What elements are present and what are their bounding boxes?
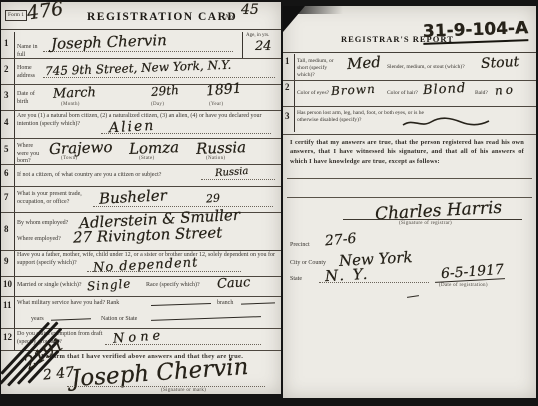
registration-card: Form 1 476 REGISTRATION CARD No. 45 1 Na…	[1, 2, 281, 394]
address-label: Home address	[17, 65, 39, 80]
except-line-1	[287, 178, 532, 179]
row-number: 2	[285, 82, 290, 92]
eyes-answer: Brown	[331, 82, 376, 98]
birthplace-town: Grajewo	[49, 138, 113, 158]
name-answer: Joseph Chervin	[51, 31, 167, 53]
row-number: 3	[4, 90, 9, 100]
row-name: 1 Name in full Joseph Chervin Age, in yr…	[1, 32, 281, 59]
subject-answer: Russia	[215, 166, 249, 179]
row-number: 3	[285, 111, 290, 121]
state-sublabel: (State)	[139, 156, 154, 161]
answer-line	[87, 271, 241, 272]
row-number: 11	[3, 300, 12, 310]
occupation-answer: Busheler	[99, 186, 168, 208]
workplace-answer: 27 Rivington Street	[73, 223, 223, 246]
occupation-extra-scrawl: 29	[206, 192, 221, 206]
build-answer: Stout	[481, 54, 520, 72]
row-subject: 6 If not a citizen, of what country are …	[1, 164, 281, 187]
birth-day: 29th	[151, 83, 180, 99]
bald-answer: no	[495, 82, 517, 97]
birth-month: March	[53, 85, 96, 101]
state-label: State	[290, 276, 302, 284]
answer-line	[201, 179, 275, 180]
row-number: 6	[4, 168, 9, 178]
year-sublabel: (Year)	[209, 102, 223, 107]
subject-label: If not a citizen, of what country are yo…	[17, 172, 197, 180]
workplace-label: Where employed?	[17, 236, 75, 244]
registrar-signature-sublabel: (Signature of registrar)	[399, 221, 452, 226]
form-scrawl: 476	[26, 0, 65, 24]
eyes-label: Color of eyes?	[297, 90, 333, 97]
row-number: 1	[285, 56, 290, 66]
answer-line	[101, 133, 271, 134]
row-dependents: 9 Have you a father, mother, wife, child…	[1, 250, 281, 277]
signature-line	[67, 386, 265, 387]
card-title: REGISTRATION CARD	[87, 11, 237, 23]
precinct-value: 27-6	[324, 231, 357, 250]
signature-sublabel: (Signature or mark)	[161, 388, 206, 393]
date-sublabel: (Date of registration)	[439, 283, 488, 288]
hair-answer: Blond	[423, 81, 467, 98]
row-birthdate: 3 Date of birth March (Month) 29th (Day)…	[1, 84, 281, 111]
nation-state-label: Nation or State	[101, 316, 137, 324]
city-county-label: City or County	[290, 260, 326, 268]
state-line	[319, 282, 429, 283]
row-number: 5	[4, 144, 9, 154]
row-number: 7	[4, 192, 9, 202]
report-row-features: 2 Color of eyes? Brown Color of hair? Bl…	[283, 80, 536, 107]
birthplace-state: Lomza	[129, 138, 180, 158]
report-serial-number: 31-9-104-A	[423, 18, 529, 45]
bald-label: Bald?	[475, 90, 488, 97]
row-married-race: 10 Married or single (which)? Single Rac…	[1, 276, 281, 297]
scanned-document: Form 1 476 REGISTRATION CARD No. 45 1 Na…	[0, 0, 538, 406]
row-number: 4	[4, 117, 9, 127]
military-label: What military service have you had? Rank	[17, 300, 167, 308]
birth-year: 1891	[205, 80, 242, 99]
row-number: 8	[4, 224, 9, 234]
row-employer: 8 By whom employed? Adlerstein & Smuller…	[1, 212, 281, 251]
blank-dash	[241, 302, 275, 304]
row-number: 1	[4, 38, 9, 48]
row-number: 10	[3, 279, 12, 289]
employer-label: By whom employed?	[17, 220, 75, 228]
report-row-build: 1 Tall, medium, or short (specify which)…	[283, 54, 536, 81]
branch-label: branch	[217, 300, 233, 308]
age-value: 24	[255, 39, 272, 54]
build-label: Slender, medium, or stout (which)?	[387, 64, 475, 71]
hair-label: Color of hair?	[387, 90, 423, 97]
report-header-rule	[283, 52, 536, 53]
form-number-label: Form 1	[5, 10, 27, 21]
day-sublabel: (Day)	[151, 102, 164, 107]
registrars-report: REGISTRAR'S REPORT 31-9-104-A 1 Tall, me…	[283, 6, 536, 398]
race-label: Race (specify which)?	[146, 282, 216, 290]
report-row-disability: 3 Has person lost arm, leg, hand, foot, …	[283, 106, 536, 135]
height-label: Tall, medium, or short (specify which)?	[297, 58, 345, 79]
address-answer: 745 9th Street, New York, N.Y.	[45, 58, 232, 78]
name-label: Name in full	[17, 44, 41, 59]
precinct-label: Precinct	[290, 242, 310, 250]
nation-sublabel: (Nation)	[206, 156, 225, 161]
no-value: 45	[241, 2, 259, 18]
no-label: No.	[225, 13, 235, 22]
row-citizenship: 4 Are you (1) a natural born citizen, (2…	[1, 110, 281, 139]
town-sublabel: (Town)	[61, 156, 77, 161]
birthdate-label: Date of birth	[17, 91, 43, 106]
row-number: 9	[4, 256, 9, 266]
blank-dash	[151, 316, 261, 321]
race-answer: Cauc	[217, 275, 251, 292]
header-rule	[1, 29, 281, 30]
height-answer: Med	[346, 53, 381, 73]
registrar-signature-line	[343, 219, 522, 220]
certify-text: I certify that my answers are true, that…	[290, 138, 524, 166]
married-label: Married or single (which)?	[17, 282, 87, 290]
married-answer: Single	[87, 276, 132, 293]
answer-line	[93, 206, 273, 207]
stray-pen-mark	[407, 295, 419, 298]
no-squiggle	[401, 116, 491, 128]
row-birthplace: 5 Where were you born? Grajewo (Town) Lo…	[1, 138, 281, 165]
answer-line	[105, 344, 261, 345]
birthplace-label: Where were you born?	[17, 143, 43, 166]
birthplace-nation: Russia	[196, 138, 247, 158]
row-number: 12	[3, 332, 12, 342]
occupation-label: What is your present trade, occupation, …	[17, 191, 92, 206]
month-sublabel: (Month)	[61, 102, 80, 107]
age-box: Age, in yrs. 24	[242, 32, 281, 58]
answer-line	[43, 77, 275, 78]
row-number: 2	[4, 64, 9, 74]
